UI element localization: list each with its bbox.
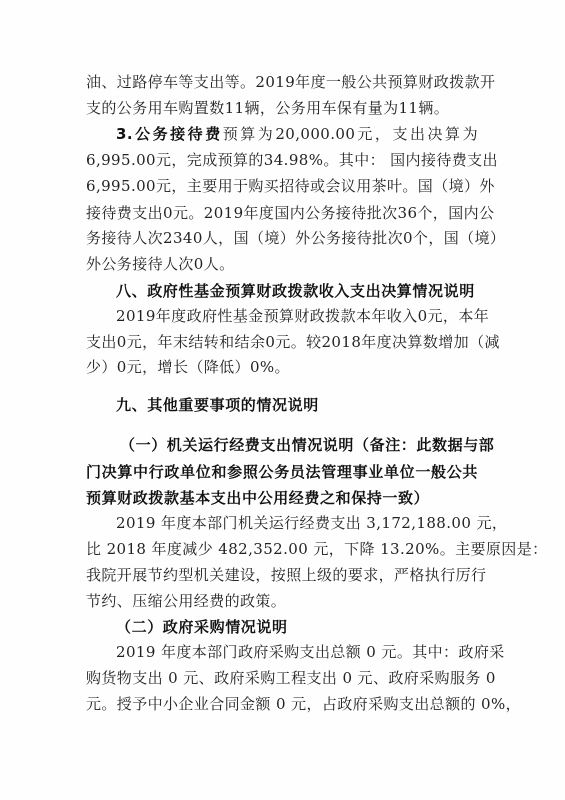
body-line: 少）0元，增长（降低）0%。: [86, 356, 478, 378]
body-line: 油、过路停车等支出等。2019年度一般公共预算财政拨款开: [86, 71, 478, 93]
document-page: 油、过路停车等支出等。2019年度一般公共预算财政拨款开 支的公务用车购置数11…: [0, 0, 565, 800]
body-line: 6,995.00元，主要用于购买招待或会议用茶叶。国（境）外: [86, 175, 478, 197]
section-8-heading: 八、政府性基金预算财政拨款收入支出决算情况说明: [116, 280, 466, 302]
body-line: 比 2018 年度减少 482,352.00 元，下降 13.20%。主要原因是…: [86, 538, 478, 560]
body-line: 2019 年度本部门政府采购支出总额 0 元。其中：政府采: [116, 641, 478, 663]
body-line: 支的公务用车购置数11辆，公务用车保有量为11辆。: [86, 97, 478, 119]
subsection-1-heading-line: （一）机关运行经费支出情况说明（备注：此数据与部: [120, 434, 478, 456]
body-line: 外公务接待人次0人。: [86, 253, 478, 275]
body-line: 我院开展节约型机关建设，按照上级的要求，严格执行厉行: [86, 564, 478, 586]
body-line: 6,995.00元，完成预算的34.98%。其中： 国内接待费支出: [86, 149, 478, 171]
section-9-heading: 九、其他重要事项的情况说明: [116, 394, 319, 416]
body-line: 节约、压缩公用经费的政策。: [86, 590, 478, 612]
body-line: 务接待人次2340人，国（境）外公务接待批次0个，国（境）: [86, 227, 478, 249]
subsection-1-heading-line: 门决算中行政单位和参照公务员法管理事业单位一般公共: [86, 461, 478, 483]
reception-first-line-text: 预算为20,000.00元，支出决算为: [223, 125, 478, 143]
body-line: 2019 年度本部门机关运行经费支出 3,172,188.00 元，: [116, 512, 478, 534]
subsection-1-heading-line: 预算财政拨款基本支出中公用经费之和保持一致）: [86, 487, 429, 509]
body-line: 支出0元，年末结转和结余0元。较2018年度决算数增加（减: [86, 331, 478, 353]
reception-label: 3.公务接待费: [116, 125, 223, 143]
subsection-2-heading: （二）政府采购情况说明: [116, 616, 288, 638]
body-line: 购货物支出 0 元、政府采购工程支出 0 元、政府采购服务 0: [86, 667, 478, 689]
body-line: 接待费支出0元。2019年度国内公务接待批次36个，国内公: [86, 202, 478, 224]
body-line: 元。授予中小企业合同金额 0 元，占政府采购支出总额的 0%，: [86, 693, 478, 715]
body-line: 2019年度政府性基金预算财政拨款本年收入0元，本年: [116, 305, 478, 327]
reception-first-line: 3.公务接待费预算为20,000.00元，支出决算为: [116, 123, 478, 145]
